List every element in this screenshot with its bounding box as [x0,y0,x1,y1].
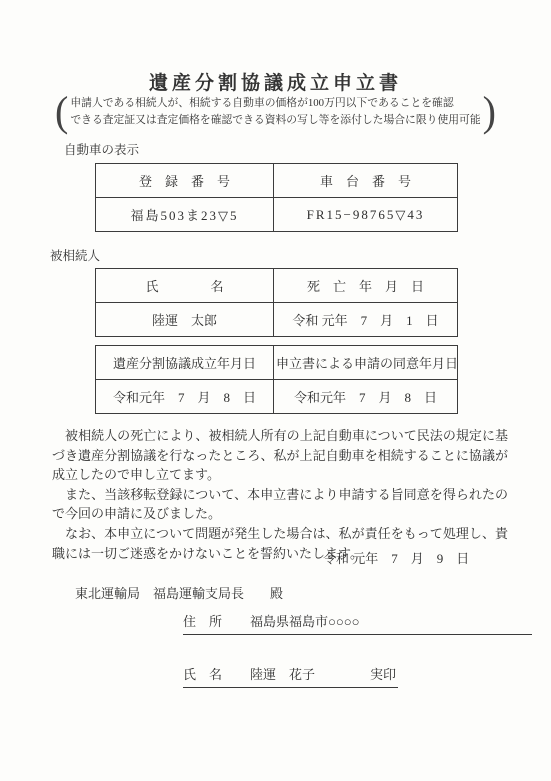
address-row: 住 所 福島県福島市○○○○ [183,611,532,635]
application-date: 令和 元年 7 月 9 日 [323,548,469,567]
registration-number-header: 登 録 番 号 [96,164,274,198]
document-page: 遺産分割協議成立申立書 ( 申請人である相続人が、相続する自動車の価格が100万… [0,0,551,781]
body-paragraph-1: 被相続人の死亡により、被相続人所有の上記自動車について民法の規定に基づき遺産分割… [52,426,508,485]
page-title: 遺産分割協議成立申立書 [0,68,551,95]
vehicle-section-label: 自動車の表示 [64,140,139,158]
consent-date-value: 令和元年 7 月 8 日 [274,380,458,414]
note-bracket-right: ) [481,91,498,133]
chassis-number-value: FR15−98765▽43 [274,198,458,232]
chassis-number-header: 車 台 番 号 [274,164,458,198]
agreement-dates-table: 遺産分割協議成立年月日 申立書による申請の同意年月日 令和元年 7 月 8 日 … [95,345,458,414]
vehicle-table: 登 録 番 号 車 台 番 号 福島503ま23▽5 FR15−98765▽43 [95,163,458,232]
registration-number-value: 福島503ま23▽5 [96,198,274,232]
agreement-date-header: 遺産分割協議成立年月日 [96,346,274,380]
body-text: 被相続人の死亡により、被相続人所有の上記自動車について民法の規定に基づき遺産分割… [52,426,508,563]
note-line-1: 申請人である相続人が、相続する自動車の価格が100万円以下であることを確認 [70,95,480,112]
consent-date-header: 申立書による申請の同意年月日 [274,346,458,380]
address-label: 住 所 [183,611,222,630]
addressee-line: 東北運輸局 福島運輸支局長 殿 [75,583,283,602]
name-label: 氏 名 [183,664,222,683]
decedent-section-label: 被相続人 [50,246,100,264]
decedent-name-value: 陸運 太郎 [96,303,274,337]
address-value: 福島県福島市○○○○ [250,611,359,630]
note-line-2: できる査定証又は査定価格を確認できる資料の写し等を添付した場合に限り使用可能 [70,112,480,129]
death-date-value: 令和 元年 7 月 1 日 [274,303,458,337]
eligibility-note: ( 申請人である相続人が、相続する自動車の価格が100万円以下であることを確認 … [0,92,551,132]
name-value: 陸運 花子 [250,664,315,683]
seal-label: 実印 [370,664,396,683]
name-row: 氏 名 陸運 花子 実印 [183,664,398,688]
note-text: 申請人である相続人が、相続する自動車の価格が100万円以下であることを確認 でき… [70,95,480,129]
death-date-header: 死 亡 年 月 日 [274,269,458,303]
decedent-table: 氏 名 死 亡 年 月 日 陸運 太郎 令和 元年 7 月 1 日 [95,268,458,337]
body-paragraph-2: また、当該移転登録について、本申立書により申請する旨同意を得られたので今回の申請… [52,485,508,524]
decedent-name-header: 氏 名 [96,269,274,303]
note-bracket-left: ( [53,91,70,133]
agreement-date-value: 令和元年 7 月 8 日 [96,380,274,414]
